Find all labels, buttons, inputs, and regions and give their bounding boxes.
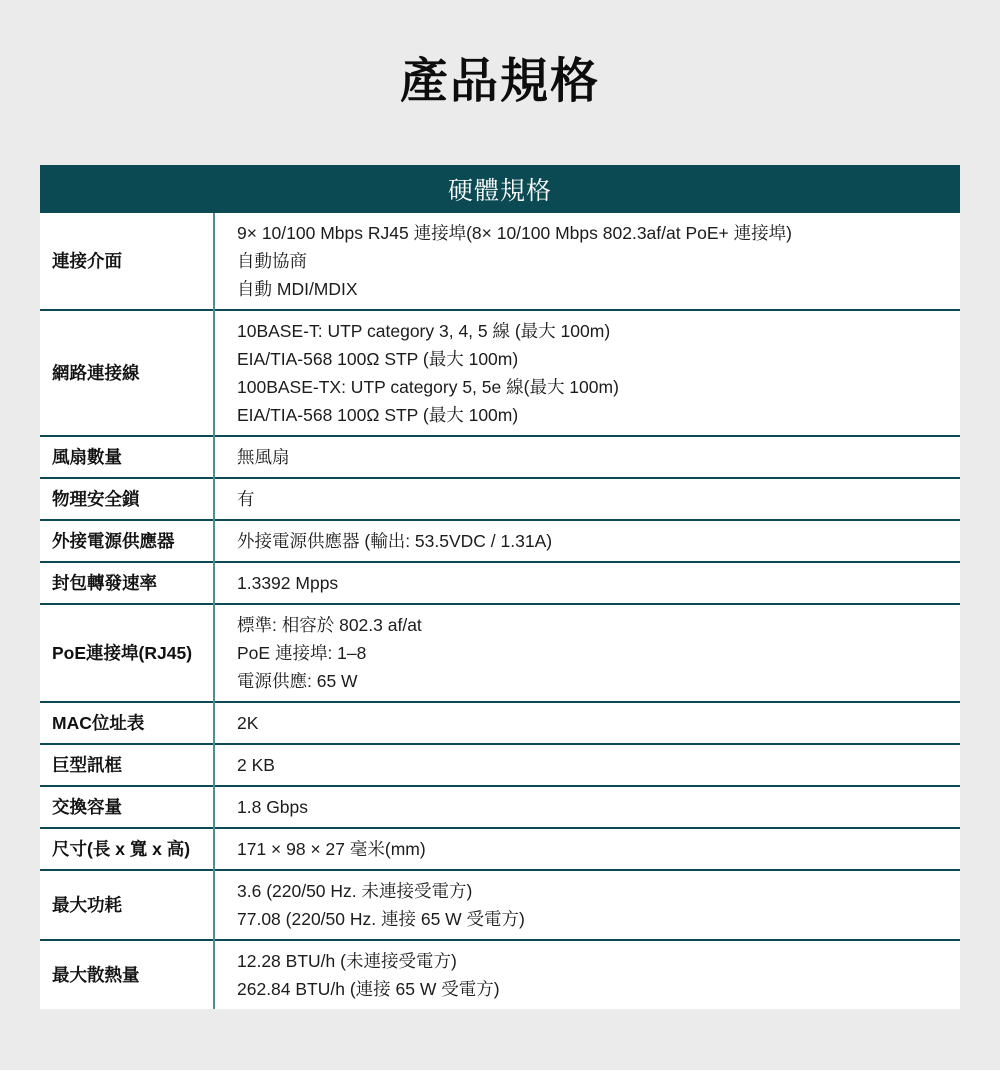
spec-value-line: 9× 10/100 Mbps RJ45 連接埠(8× 10/100 Mbps 8…	[237, 219, 950, 247]
spec-label: 最大功耗	[40, 871, 213, 939]
spec-value: 無風扇	[213, 437, 960, 477]
spec-row: 外接電源供應器外接電源供應器 (輸出: 53.5VDC / 1.31A)	[40, 521, 960, 563]
spec-label: 連接介面	[40, 213, 213, 309]
spec-value-line: 無風扇	[237, 443, 950, 471]
spec-row: MAC位址表2K	[40, 703, 960, 745]
spec-value: 有	[213, 479, 960, 519]
spec-value-line: 自動 MDI/MDIX	[237, 275, 950, 303]
spec-value-line: 1.8 Gbps	[237, 793, 950, 821]
spec-value-line: 1.3392 Mpps	[237, 569, 950, 597]
spec-label: 交換容量	[40, 787, 213, 827]
spec-label: 外接電源供應器	[40, 521, 213, 561]
spec-value: 2 KB	[213, 745, 960, 785]
spec-value: 外接電源供應器 (輸出: 53.5VDC / 1.31A)	[213, 521, 960, 561]
spec-label: 最大散熱量	[40, 941, 213, 1009]
spec-value-line: PoE 連接埠: 1–8	[237, 639, 950, 667]
spec-value-line: 電源供應: 65 W	[237, 667, 950, 695]
spec-value: 12.28 BTU/h (未連接受電方)262.84 BTU/h (連接 65 …	[213, 941, 960, 1009]
spec-label: 巨型訊框	[40, 745, 213, 785]
spec-label: 網路連接線	[40, 311, 213, 435]
spec-value-line: EIA/TIA-568 100Ω STP (最大 100m)	[237, 345, 950, 373]
spec-row: 尺寸(長 x 寬 x 高)171 × 98 × 27 毫米(mm)	[40, 829, 960, 871]
spec-value: 10BASE-T: UTP category 3, 4, 5 線 (最大 100…	[213, 311, 960, 435]
spec-value-line: 3.6 (220/50 Hz. 未連接受電方)	[237, 877, 950, 905]
spec-label: 風扇數量	[40, 437, 213, 477]
spec-value: 1.8 Gbps	[213, 787, 960, 827]
spec-value: 9× 10/100 Mbps RJ45 連接埠(8× 10/100 Mbps 8…	[213, 213, 960, 309]
spec-row: 網路連接線10BASE-T: UTP category 3, 4, 5 線 (最…	[40, 311, 960, 437]
spec-row: 最大散熱量12.28 BTU/h (未連接受電方)262.84 BTU/h (連…	[40, 941, 960, 1009]
spec-value: 2K	[213, 703, 960, 743]
spec-row: PoE連接埠(RJ45)標準: 相容於 802.3 af/atPoE 連接埠: …	[40, 605, 960, 703]
spec-row: 最大功耗3.6 (220/50 Hz. 未連接受電方)77.08 (220/50…	[40, 871, 960, 941]
spec-value: 1.3392 Mpps	[213, 563, 960, 603]
spec-value-line: 外接電源供應器 (輸出: 53.5VDC / 1.31A)	[237, 527, 950, 555]
spec-row: 連接介面9× 10/100 Mbps RJ45 連接埠(8× 10/100 Mb…	[40, 213, 960, 311]
spec-row: 巨型訊框2 KB	[40, 745, 960, 787]
spec-row: 封包轉發速率1.3392 Mpps	[40, 563, 960, 605]
spec-value-line: 77.08 (220/50 Hz. 連接 65 W 受電方)	[237, 905, 950, 933]
spec-value-line: 171 × 98 × 27 毫米(mm)	[237, 835, 950, 863]
spec-value-line: 10BASE-T: UTP category 3, 4, 5 線 (最大 100…	[237, 317, 950, 345]
spec-row: 交換容量1.8 Gbps	[40, 787, 960, 829]
spec-value-line: 有	[237, 485, 950, 513]
spec-label: 封包轉發速率	[40, 563, 213, 603]
page-title: 產品規格	[0, 58, 1000, 106]
spec-row: 風扇數量無風扇	[40, 437, 960, 479]
spec-label: MAC位址表	[40, 703, 213, 743]
spec-value-line: 自動協商	[237, 247, 950, 275]
table-section-header: 硬體規格	[40, 165, 960, 213]
column-divider	[213, 213, 215, 1009]
spec-value-line: 2K	[237, 709, 950, 737]
spec-label: PoE連接埠(RJ45)	[40, 605, 213, 701]
spec-value-line: 標準: 相容於 802.3 af/at	[237, 611, 950, 639]
spec-value: 3.6 (220/50 Hz. 未連接受電方)77.08 (220/50 Hz.…	[213, 871, 960, 939]
spec-value-line: 262.84 BTU/h (連接 65 W 受電方)	[237, 975, 950, 1003]
table-body: 連接介面9× 10/100 Mbps RJ45 連接埠(8× 10/100 Mb…	[40, 213, 960, 1009]
spec-value-line: EIA/TIA-568 100Ω STP (最大 100m)	[237, 401, 950, 429]
spec-value: 標準: 相容於 802.3 af/atPoE 連接埠: 1–8電源供應: 65 …	[213, 605, 960, 701]
spec-row: 物理安全鎖有	[40, 479, 960, 521]
spec-value-line: 2 KB	[237, 751, 950, 779]
spec-label: 尺寸(長 x 寬 x 高)	[40, 829, 213, 869]
spec-value-line: 12.28 BTU/h (未連接受電方)	[237, 947, 950, 975]
spec-value: 171 × 98 × 27 毫米(mm)	[213, 829, 960, 869]
spec-table: 硬體規格 連接介面9× 10/100 Mbps RJ45 連接埠(8× 10/1…	[40, 165, 960, 1009]
spec-label: 物理安全鎖	[40, 479, 213, 519]
spec-value-line: 100BASE-TX: UTP category 5, 5e 線(最大 100m…	[237, 373, 950, 401]
